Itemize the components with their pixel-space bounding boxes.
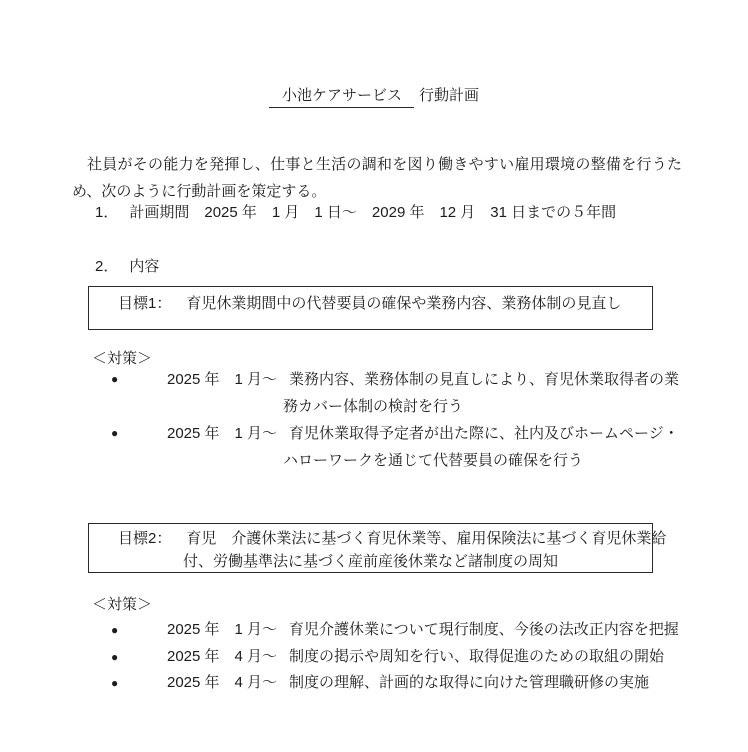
measure-description: 業務内容、業務体制の見直しにより、育児休業取得者の業務カバー体制の検討を行う — [283, 371, 679, 415]
goal-2-heading: 目標2： — [118, 527, 171, 550]
measure-date: 2025 年 1 月～ — [167, 371, 277, 388]
bullet-icon: ● — [111, 644, 167, 671]
measure-item: ● 2025 年 1 月～育児休業取得予定者が出た際に、社内及びホームページ・ハ… — [111, 420, 682, 474]
document-page: 小池ケアサービス行動計画 社員がその能力を発揮し、仕事と生活の調和を図り働きやす… — [0, 0, 748, 752]
goal-1-heading: 目標1： — [118, 294, 171, 314]
intro-paragraph: 社員がその能力を発揮し、仕事と生活の調和を図り働きやすい雇用環境の整備を行うため… — [72, 151, 682, 205]
section-number: 1． — [95, 199, 118, 226]
bullet-icon: ● — [111, 366, 167, 393]
company-name: 小池ケアサービス — [269, 86, 414, 108]
measure-text: 2025 年 1 月～育児介護休業について現行制度、今後の法改正内容を把握 — [167, 617, 682, 644]
section-plan-period: 1．計画期間2025 年 1 月 1 日～ 2029 年 12 月 31 日まで… — [95, 199, 616, 226]
measure-text: 2025 年 1 月～業務内容、業務体制の見直しにより、育児休業取得者の業務カバ… — [167, 366, 682, 420]
period-label: 計画期間 — [129, 199, 189, 226]
measure-item: ● 2025 年 1 月～育児介護休業について現行制度、今後の法改正内容を把握 — [111, 617, 682, 644]
measure-description: 育児介護休業について現行制度、今後の法改正内容を把握 — [289, 621, 679, 638]
measure-date: 2025 年 1 月～ — [167, 425, 277, 442]
goal-2-line-2: 付、労働基準法に基づく産前産後休業など諸制度の周知 — [89, 550, 652, 573]
measure-item: ● 2025 年 4 月～制度の理解、計画的な取得に向けた管理職研修の実施 — [111, 670, 682, 697]
document-type: 行動計画 — [419, 87, 479, 104]
goal-2-text-start: 育児 介護休業法に基づく育児休業等、雇用保険法に基づく育児休業給 — [186, 530, 666, 547]
measure-text: 2025 年 1 月～育児休業取得予定者が出た際に、社内及びホームページ・ハロー… — [167, 420, 682, 474]
measures-2-list: ● 2025 年 1 月～育児介護休業について現行制度、今後の法改正内容を把握 … — [111, 617, 682, 697]
measure-date: 2025 年 4 月～ — [167, 648, 277, 665]
goal-2-box: 目標2：育児 介護休業法に基づく育児休業等、雇用保険法に基づく育児休業給 付、労… — [88, 523, 653, 573]
measure-description: 制度の掲示や周知を行い、取得促進のための取組の開始 — [289, 648, 664, 665]
goal-2-line-1: 目標2：育児 介護休業法に基づく育児休業等、雇用保険法に基づく育児休業給 — [89, 527, 652, 550]
bullet-icon: ● — [111, 617, 167, 644]
goal-1-box: 目標1：育児休業期間中の代替要員の確保や業務内容、業務体制の見直し — [88, 286, 653, 330]
measure-description: 制度の理解、計画的な取得に向けた管理職研修の実施 — [289, 674, 649, 691]
document-title: 小池ケアサービス行動計画 — [0, 86, 748, 108]
measures-1-list: ● 2025 年 1 月～業務内容、業務体制の見直しにより、育児休業取得者の業務… — [111, 366, 682, 474]
measure-item: ● 2025 年 4 月～制度の掲示や周知を行い、取得促進のための取組の開始 — [111, 644, 682, 671]
goal-1-text: 育児休業期間中の代替要員の確保や業務内容、業務体制の見直し — [186, 295, 621, 312]
measures-2-heading: ＜対策＞ — [92, 596, 152, 614]
bullet-icon: ● — [111, 420, 167, 447]
section-number: 2． — [95, 253, 118, 280]
measure-item: ● 2025 年 1 月～業務内容、業務体制の見直しにより、育児休業取得者の業務… — [111, 366, 682, 420]
content-label: 内容 — [129, 258, 159, 275]
measure-text: 2025 年 4 月～制度の掲示や周知を行い、取得促進のための取組の開始 — [167, 644, 682, 671]
measure-date: 2025 年 1 月～ — [167, 621, 277, 638]
measure-text: 2025 年 4 月～制度の理解、計画的な取得に向けた管理職研修の実施 — [167, 670, 682, 697]
period-value: 2025 年 1 月 1 日～ 2029 年 12 月 31 日までの５年間 — [204, 204, 616, 221]
measure-date: 2025 年 4 月～ — [167, 674, 277, 691]
section-content: 2．内容 — [95, 253, 159, 280]
bullet-icon: ● — [111, 670, 167, 697]
measure-description: 育児休業取得予定者が出た際に、社内及びホームページ・ハローワークを通じて代替要員… — [283, 425, 679, 469]
